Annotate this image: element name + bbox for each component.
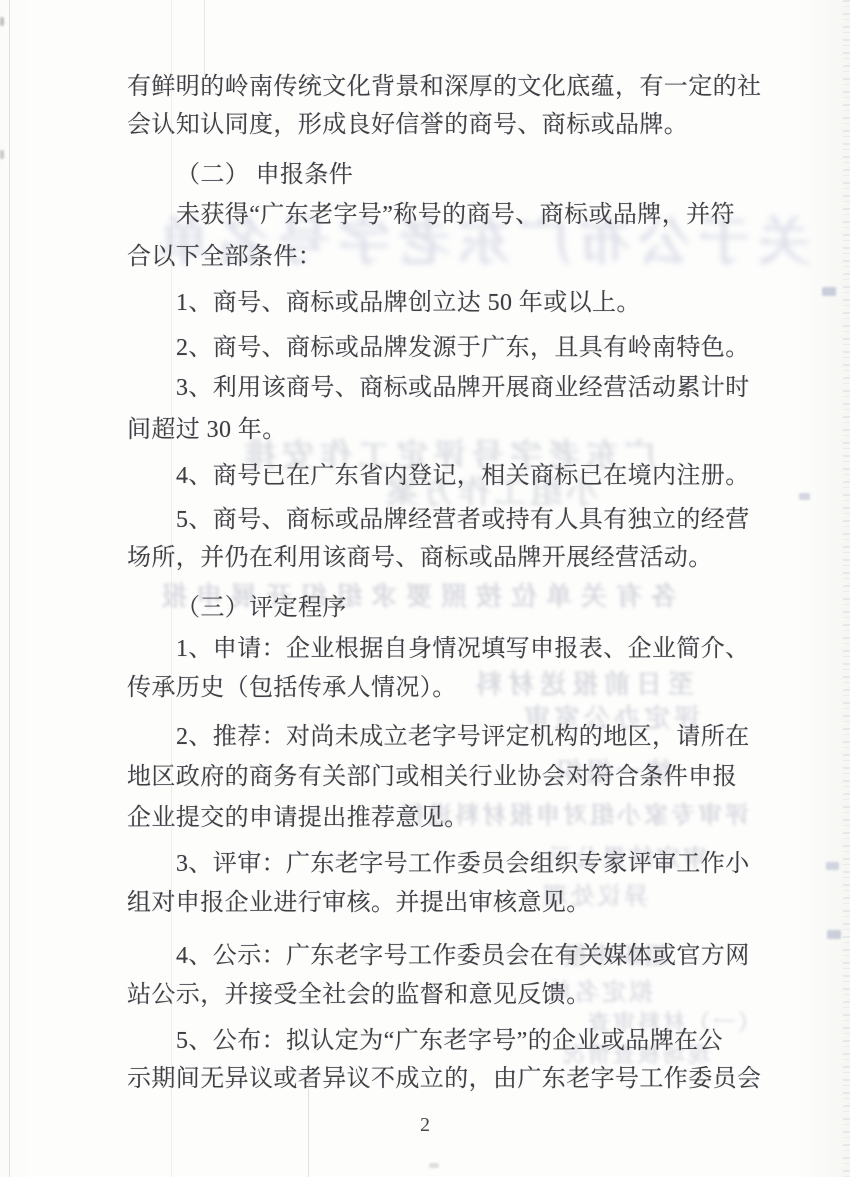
text-line: 4、公示：广东老字号工作委员会在有关媒体或官方网 xyxy=(127,941,836,971)
scan-fold-line xyxy=(204,0,205,75)
edge-smudge-mark xyxy=(429,1163,439,1168)
text-line: 2、推荐：对尚未成立老字号评定机构的地区，请所在 xyxy=(127,722,836,752)
scanner-edge-noise xyxy=(843,0,850,1177)
document-page: 关于公布广东老字号名单广东老字号评定工作安排小组工作方案各有关单位按照要求组织开… xyxy=(0,0,850,1177)
text-line: 组对申报企业进行审核。并提出审核意见。 xyxy=(127,888,787,918)
text-line: 2、商号、商标或品牌发源于广东，且具有岭南特色。 xyxy=(127,333,836,363)
text-line: 间超过 30 年。 xyxy=(127,415,787,445)
text-line: （二） 申报条件 xyxy=(127,160,836,190)
scan-fold-line xyxy=(9,0,10,1177)
edge-smudge-mark xyxy=(827,930,841,939)
edge-smudge-mark xyxy=(799,493,810,500)
text-line: 1、商号、商标或品牌创立达 50 年或以上。 xyxy=(127,288,836,318)
page-number: 2 xyxy=(0,1114,850,1137)
text-line: 合以下全部条件： xyxy=(127,242,787,272)
text-line: 3、利用该商号、商标或品牌开展商业经营活动累计时 xyxy=(127,373,836,403)
text-line: 4、商号已在广东省内登记，相关商标已在境内注册。 xyxy=(127,461,836,491)
text-line: 1、申请：企业根据自身情况填写申报表、企业简介、 xyxy=(127,634,836,664)
edge-smudge-mark xyxy=(0,17,4,26)
text-line: 传承历史（包括传承人情况）。 xyxy=(127,673,787,703)
text-line: 站公示，并接受全社会的监督和意见反馈。 xyxy=(127,980,787,1010)
text-line: 3、评审：广东老字号工作委员会组织专家评审工作小 xyxy=(127,849,836,879)
text-line: 有鲜明的岭南传统文化背景和深厚的文化底蕴，有一定的社 xyxy=(127,72,787,102)
text-line: 企业提交的申请提出推荐意见。 xyxy=(127,803,787,833)
text-line: 5、商号、商标或品牌经营者或持有人具有独立的经营 xyxy=(127,505,836,535)
text-line: 场所，并仍在利用该商号、商标或品牌开展经营活动。 xyxy=(127,543,787,573)
text-line: （三）评定程序 xyxy=(127,593,836,623)
edge-smudge-mark xyxy=(0,150,4,159)
text-line: 未获得“广东老字号”称号的商号、商标或品牌，并符 xyxy=(127,200,836,230)
text-line: 示期间无异议或者异议不成立的，由广东老字号工作委员会 xyxy=(127,1064,787,1094)
text-line: 地区政府的商务有关部门或相关行业协会对符合条件申报 xyxy=(127,762,787,792)
text-line: 会认知认同度，形成良好信誉的商号、商标或品牌。 xyxy=(127,110,787,140)
text-line: 5、公布：拟认定为“广东老字号”的企业或品牌在公 xyxy=(127,1026,836,1056)
